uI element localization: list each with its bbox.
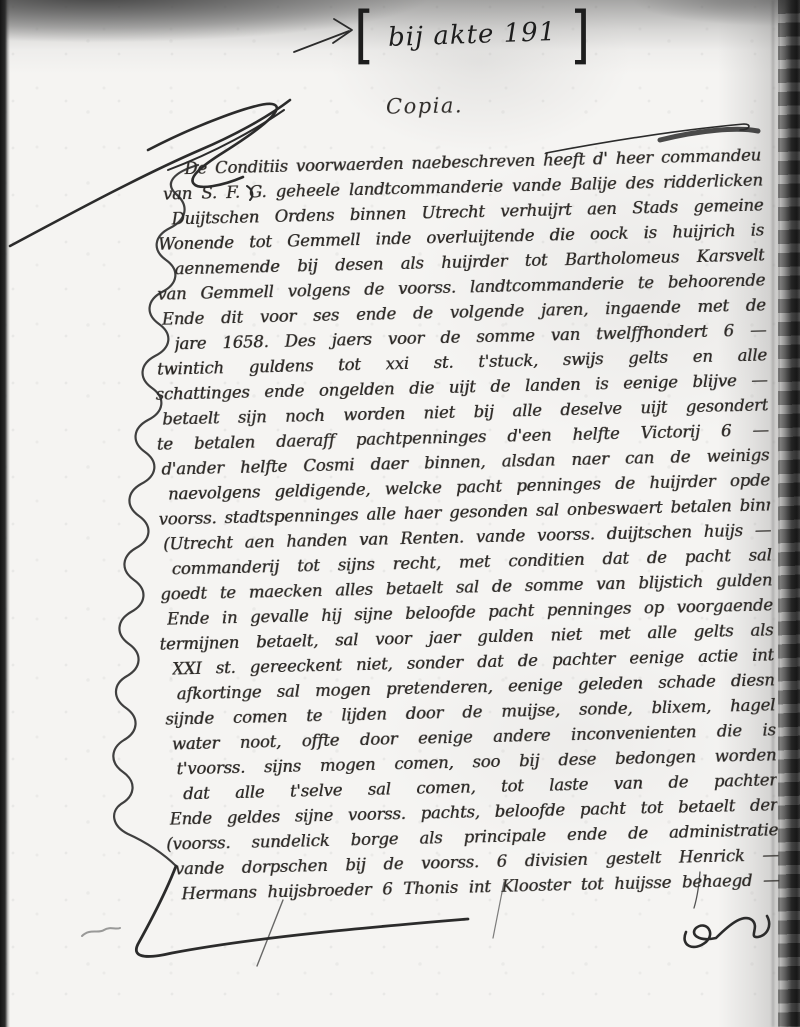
scan-left-edge	[0, 0, 10, 1027]
manuscript-lines: De Conditiis voorwaerden naebeschreven h…	[148, 143, 779, 907]
annotation-text: bij akte 191	[388, 17, 557, 53]
archival-annotation: [ bij akte 191 ]	[352, 2, 593, 68]
pencil-smudge	[82, 928, 120, 936]
annotation-bracket-left: [	[354, 2, 375, 68]
scan-right-edge	[778, 0, 800, 1027]
scanned-manuscript-page: [ bij akte 191 ] Copia. De Conditiis voo…	[0, 0, 800, 1027]
copia-heading: Copia.	[386, 93, 463, 118]
annotation-bracket-right: ]	[570, 2, 591, 68]
annotation-arrow	[294, 19, 352, 52]
